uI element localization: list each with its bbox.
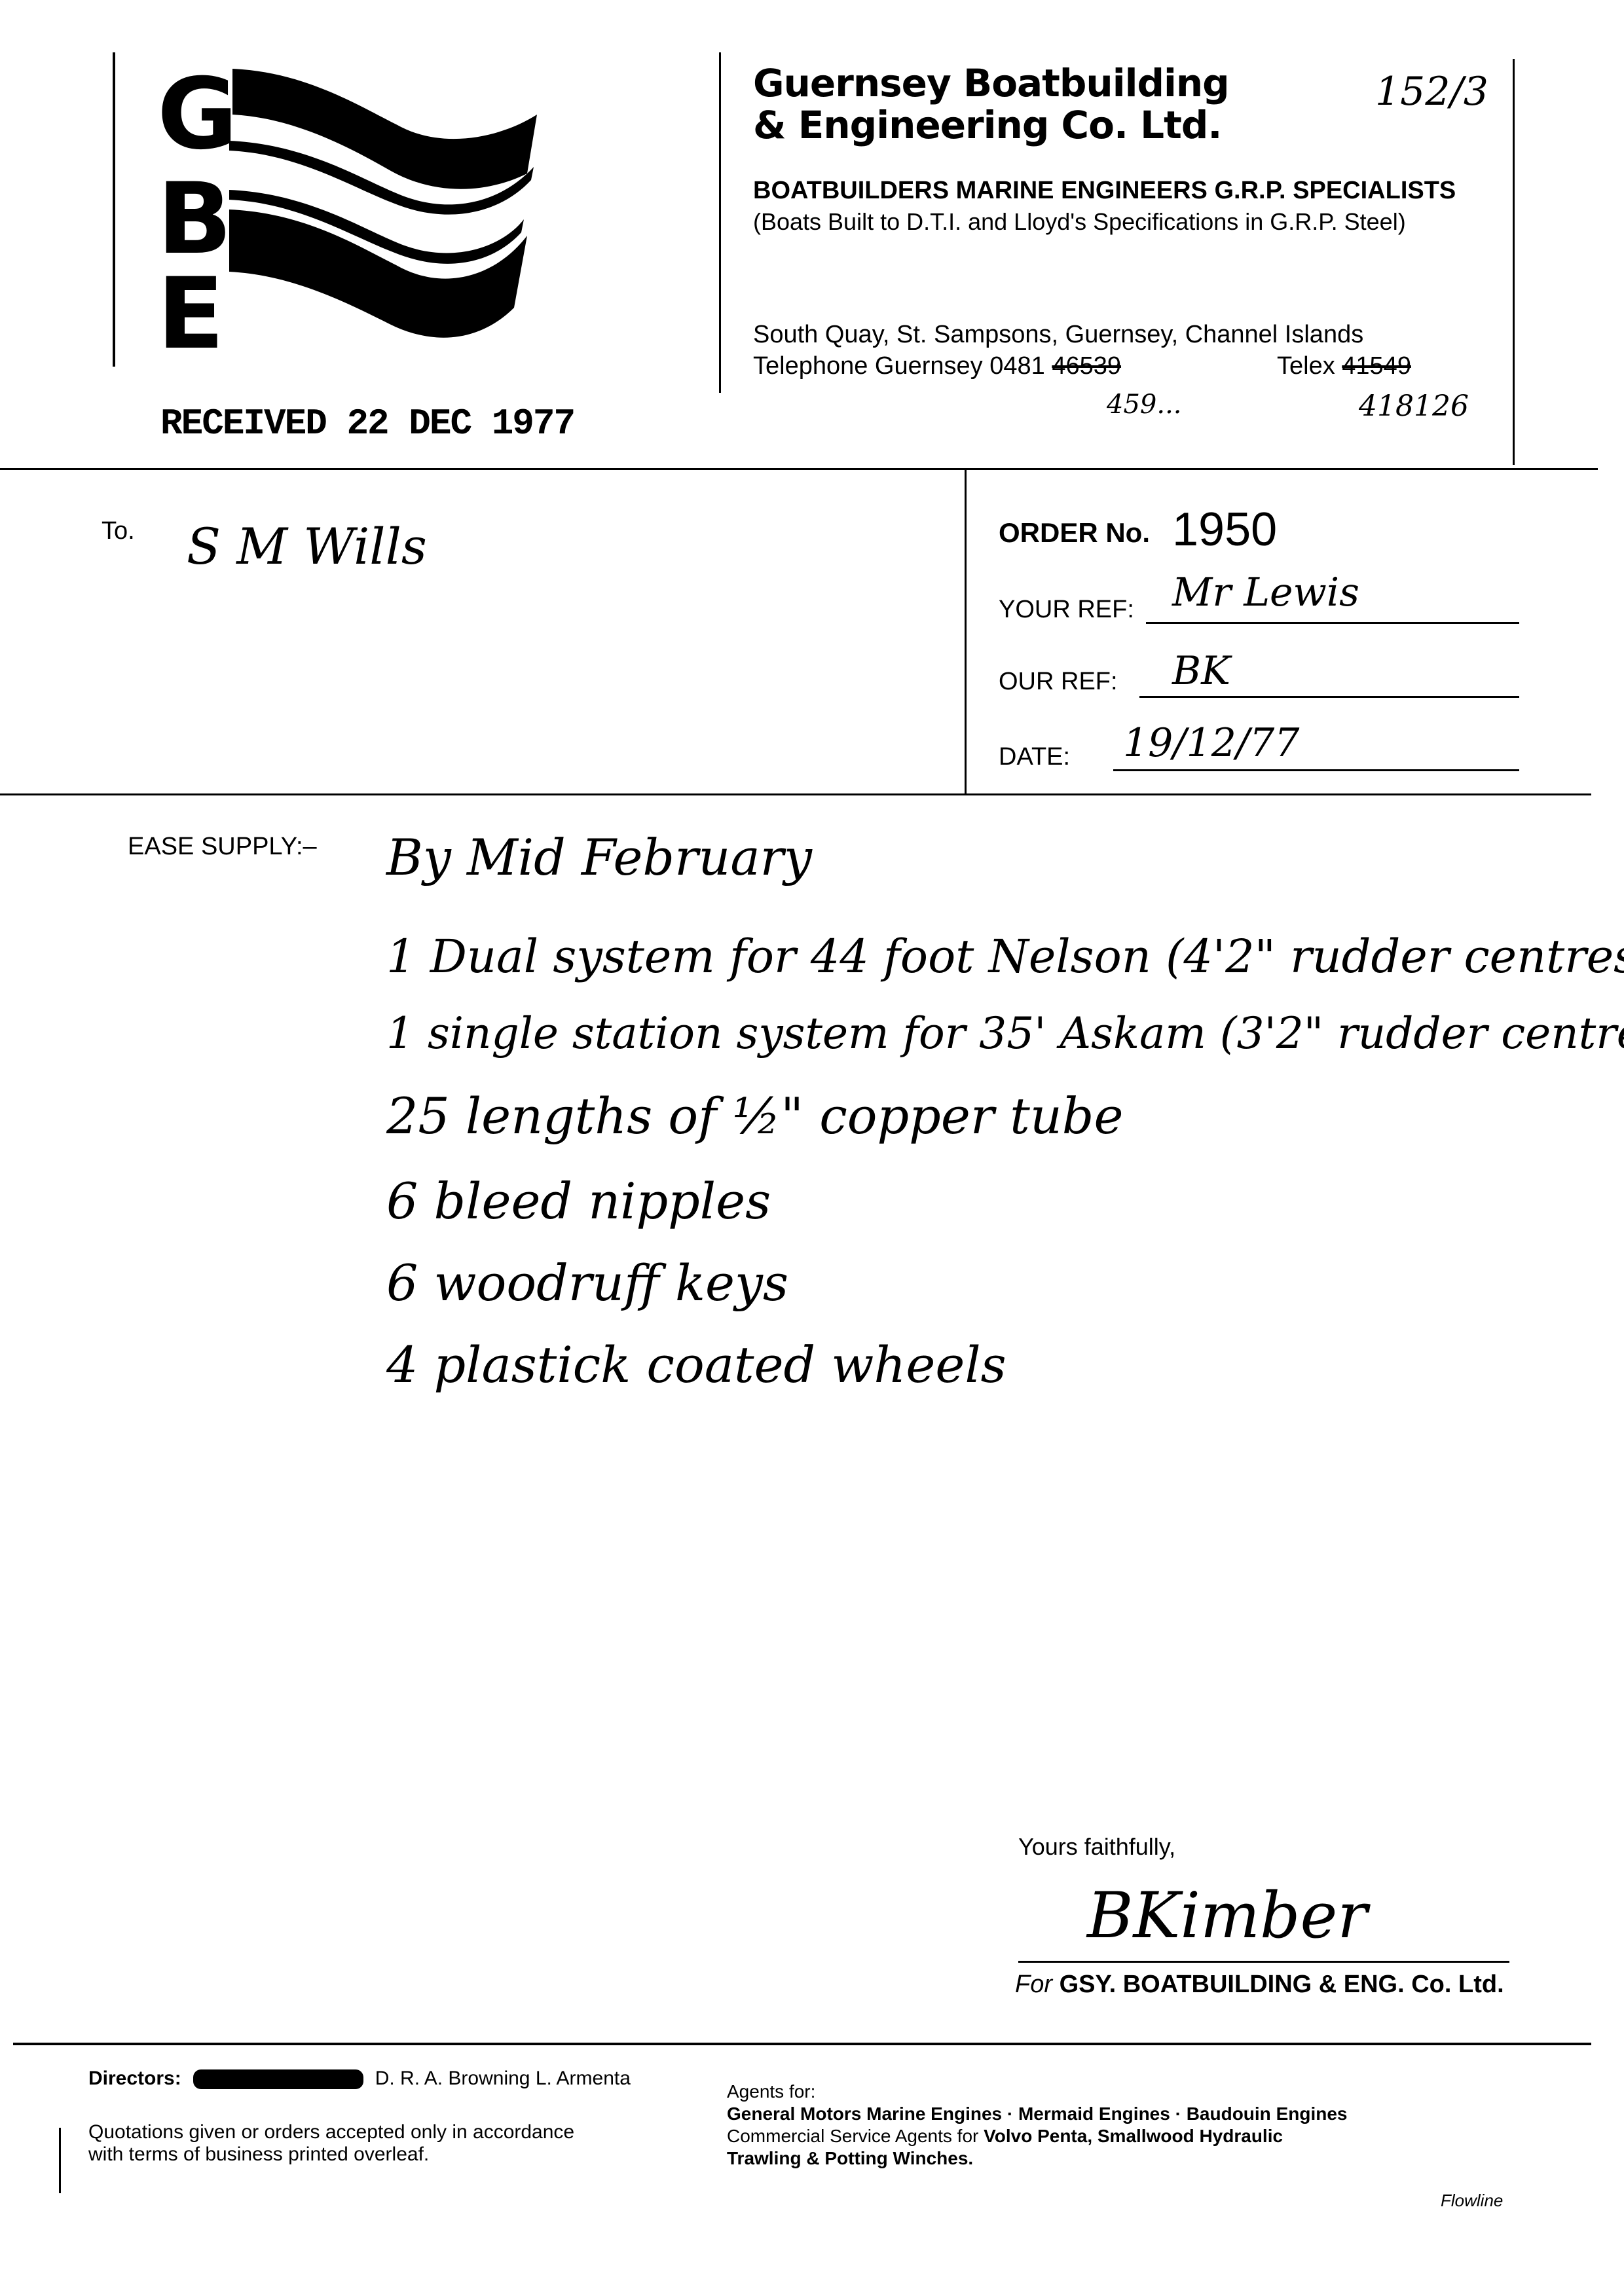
for-company: GSY. BOATBUILDING & ENG. Co. Ltd. bbox=[1060, 1971, 1504, 1998]
telex-label: Telex bbox=[1277, 352, 1335, 380]
to-label: To. bbox=[101, 517, 135, 545]
terms-line2: with terms of business printed overleaf. bbox=[88, 2143, 574, 2166]
for-prefix: For bbox=[1015, 1971, 1052, 1998]
telex: Telex 41549 bbox=[1277, 352, 1411, 380]
company-specialties: BOATBUILDERS MARINE ENGINEERS G.R.P. SPE… bbox=[753, 177, 1456, 205]
margin-rule bbox=[113, 52, 115, 367]
company-contacts: Telephone Guernsey 0481 46539Telex 41549 bbox=[753, 352, 1121, 380]
footer-bracket bbox=[59, 2128, 61, 2193]
supply-item: 25 lengths of ½" copper tube bbox=[386, 1087, 1123, 1145]
signature-line bbox=[1018, 1961, 1509, 1963]
your-ref-line bbox=[1146, 622, 1519, 624]
your-ref-label: YOUR REF: bbox=[999, 596, 1134, 624]
supply-item: 1 single station system for 35' Askam (3… bbox=[386, 1008, 1624, 1059]
printer-mark: Flowline bbox=[1441, 2191, 1503, 2211]
handwritten-ref: 152/3 bbox=[1375, 69, 1488, 115]
handwritten-telephone: 459... bbox=[1107, 390, 1182, 420]
agents-line2-bold: Volvo Penta, Smallwood Hydraulic bbox=[984, 2126, 1283, 2146]
directors-label: Directors: bbox=[88, 2068, 181, 2089]
agents-block: Agents for: General Motors Marine Engine… bbox=[727, 2081, 1347, 2170]
telex-old: 41549 bbox=[1342, 352, 1411, 380]
recipient-name: S M Wills bbox=[187, 517, 427, 575]
terms-line1: Quotations given or orders accepted only… bbox=[88, 2121, 574, 2143]
supply-item: 1 Dual system for 44 foot Nelson (4'2" r… bbox=[386, 930, 1624, 983]
header-rule bbox=[0, 468, 1598, 470]
date-value: 19/12/77 bbox=[1123, 720, 1299, 766]
our-ref-value: BK bbox=[1172, 648, 1230, 694]
telephone-old: 46539 bbox=[1052, 352, 1121, 380]
agents-label: Agents for: bbox=[727, 2081, 1347, 2103]
company-name-line1: Guernsey Boatbuilding bbox=[753, 62, 1229, 104]
terms-notice: Quotations given or orders accepted only… bbox=[88, 2121, 574, 2166]
supply-item: 6 bleed nipples bbox=[386, 1172, 771, 1230]
please-supply-label: EASE SUPPLY:– bbox=[128, 833, 317, 861]
signature: BKimber bbox=[1087, 1879, 1367, 1952]
agents-line3: Trawling & Potting Winches. bbox=[727, 2147, 1347, 2170]
wave-flag-icon bbox=[226, 52, 566, 419]
date-label: DATE: bbox=[999, 743, 1070, 771]
date-line bbox=[1113, 769, 1519, 771]
supply-item: 6 woodruff keys bbox=[386, 1254, 788, 1312]
company-name: Guernsey Boatbuilding & Engineering Co. … bbox=[753, 62, 1229, 146]
logo-letter-e: E bbox=[157, 265, 224, 363]
your-ref-value: Mr Lewis bbox=[1172, 570, 1359, 615]
footer-rule bbox=[13, 2043, 1591, 2045]
directors: Directors:D. R. A. Browning L. Armenta bbox=[88, 2068, 631, 2090]
header-right-rule bbox=[1513, 59, 1515, 465]
closing: Yours faithfully, bbox=[1018, 1833, 1175, 1861]
company-specifications: (Boats Built to D.T.I. and Lloyd's Speci… bbox=[753, 208, 1406, 236]
supply-item: 4 plastick coated wheels bbox=[386, 1336, 1006, 1394]
logo-letter-b: B bbox=[157, 170, 232, 268]
agents-line1: General Motors Marine Engines · Mermaid … bbox=[727, 2103, 1347, 2125]
received-stamp: RECEIVED 22 DEC 1977 bbox=[160, 403, 574, 445]
order-number: 1950 bbox=[1172, 503, 1277, 556]
supply-deadline: By Mid February bbox=[386, 828, 812, 886]
order-number-label: ORDER No. bbox=[999, 517, 1150, 549]
agents-line2: Commercial Service Agents for Volvo Pent… bbox=[727, 2125, 1347, 2147]
handwritten-telex: 418126 bbox=[1359, 390, 1469, 423]
our-ref-label: OUR REF: bbox=[999, 668, 1118, 696]
directors-names: D. R. A. Browning L. Armenta bbox=[375, 2068, 631, 2089]
header-divider bbox=[719, 52, 721, 393]
address-rule bbox=[0, 793, 1591, 795]
signatory-company: For GSY. BOATBUILDING & ENG. Co. Ltd. bbox=[1015, 1971, 1504, 1999]
company-name-line2: & Engineering Co. Ltd. bbox=[753, 104, 1229, 146]
agents-line2-prefix: Commercial Service Agents for bbox=[727, 2126, 978, 2146]
redaction-mark bbox=[193, 2069, 363, 2089]
company-logo: G B E bbox=[144, 52, 563, 419]
order-box-divider bbox=[965, 470, 967, 794]
company-address: South Quay, St. Sampsons, Guernsey, Chan… bbox=[753, 321, 1363, 349]
our-ref-line bbox=[1139, 696, 1519, 698]
telephone-label: Telephone Guernsey 0481 bbox=[753, 352, 1045, 380]
